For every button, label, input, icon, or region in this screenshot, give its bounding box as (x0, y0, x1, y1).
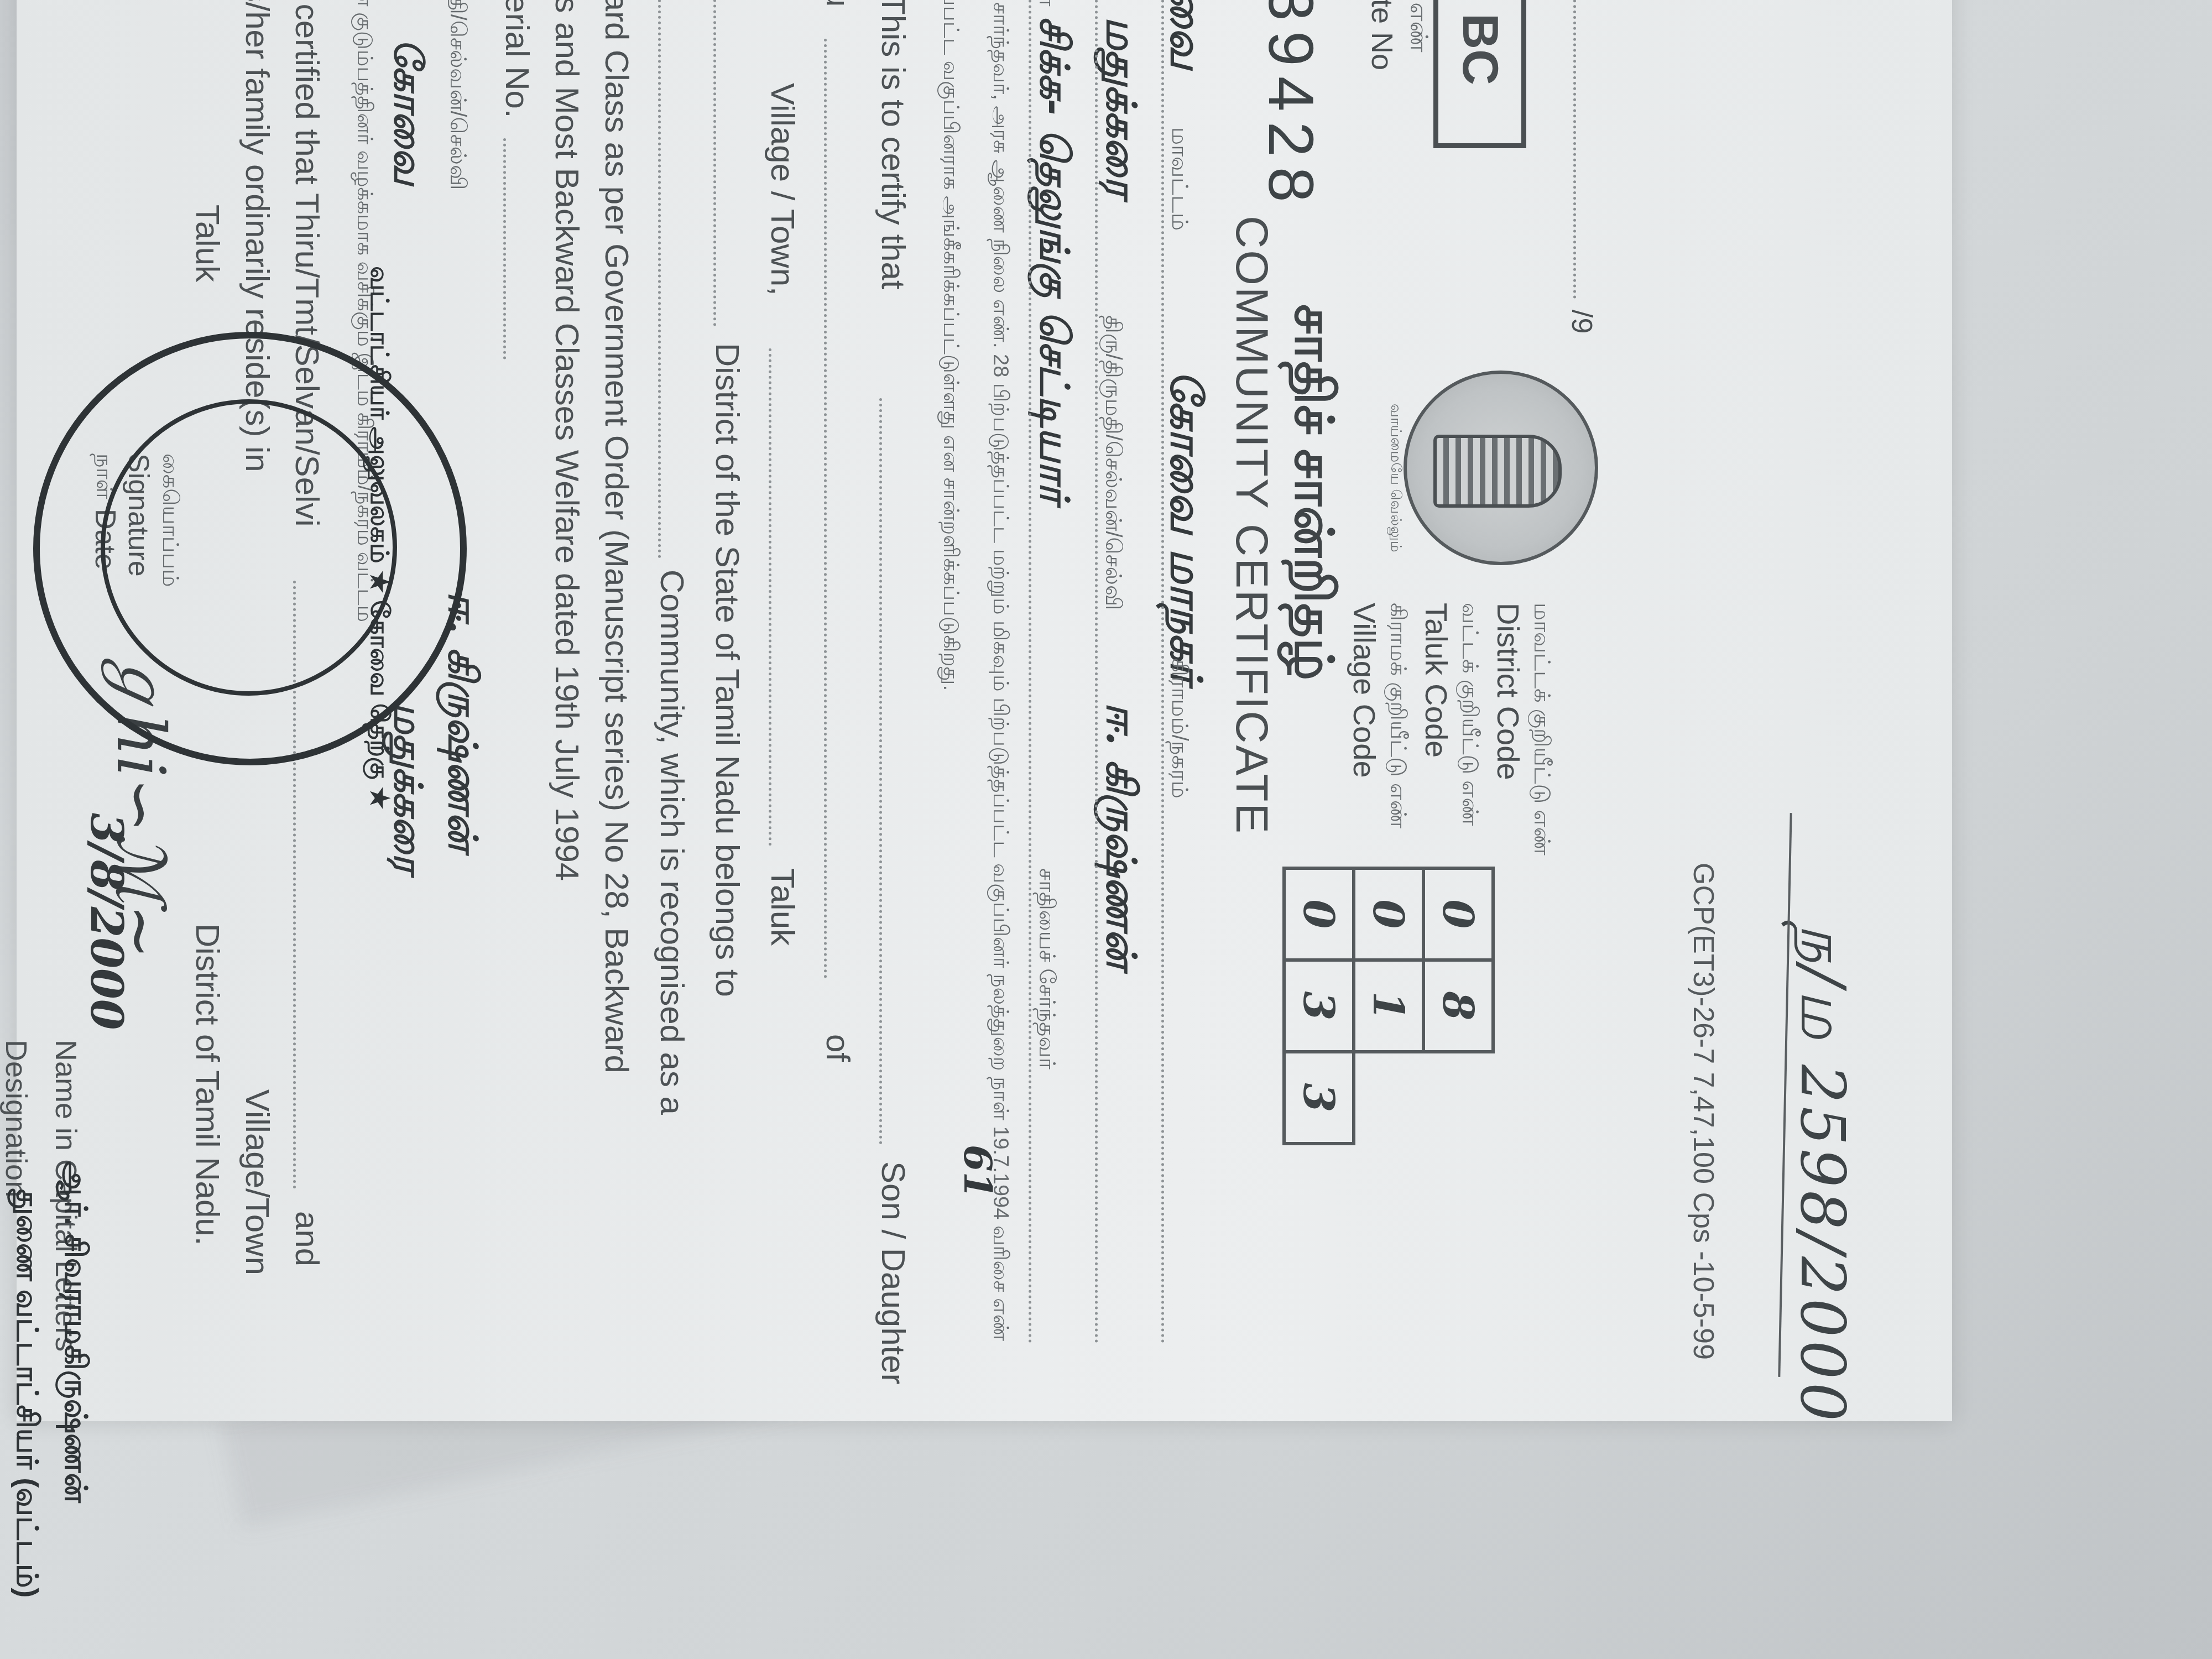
taluk-field (769, 348, 771, 846)
district-code-label: District Code (1490, 603, 1526, 780)
community-field (658, 0, 661, 559)
code-grid: 0 8 0 1 0 3 3 (1284, 868, 1493, 1144)
form-code: GCP(ET3)-26-7 7,47,100 Cps -10-5-99 (1687, 863, 1720, 1360)
village-code-digit: 0 (1282, 867, 1355, 962)
son-daughter-label: Son / Daughter (874, 1161, 912, 1385)
district-village-line (1161, 0, 1164, 1344)
caste-line (1029, 0, 1031, 1344)
certificate-no-label: Certificate No (1365, 0, 1399, 70)
taluk-code-label-tamil: வட்டக் குறியீட்டு எண் (1454, 603, 1482, 826)
certify-name-field (879, 398, 882, 1145)
district-code-digit: 0 (1422, 867, 1495, 962)
reference-field (1573, 0, 1576, 299)
of-thiru-label: of Thiru (819, 0, 857, 7)
village-code-digit: 3 (1282, 958, 1355, 1053)
caste-suffix-tamil: சாதியைச் சேர்ந்தவர் (1031, 868, 1059, 1070)
go-line-2: Classes and Most Backward Classes Welfar… (548, 0, 586, 881)
serial-value-tamil: 61 (955, 1145, 1001, 1198)
village-code-label-tamil: கிராமக் குறியீட்டு எண் (1383, 603, 1410, 828)
emblem-caption: வாய்மையே வெல்லும் (1386, 404, 1405, 552)
district-code-row: 0 8 (1423, 868, 1493, 1144)
village-label-tamil: கிராமம்/நகரம் (1164, 658, 1192, 799)
taluk-code-label: Taluk Code (1418, 603, 1454, 758)
officer-name: ஆர். சிவராமகிருஷ்ணன் (54, 1161, 94, 1503)
seal-inner-ring (101, 399, 397, 696)
date-value: 3/8/2000 (81, 813, 133, 1030)
go-text-tamil: வகுப்பைச் சார்ந்தவர், அரசு ஆணை நிலை எண்.… (985, 0, 1012, 1341)
serial-no-field (503, 138, 506, 359)
taluk-code-row: 0 1 (1354, 868, 1423, 1144)
para2-and: and (288, 1211, 326, 1266)
seal-text: வட்டாட்சியர் அலுவலகம் ★ கோவை தெற்கு ★ (361, 266, 395, 809)
person-line (1095, 0, 1098, 1344)
reference-year: /9 (1565, 310, 1598, 333)
district-label-tamil: மாவட்டம் (1164, 127, 1192, 231)
taluk-value-tamil: மதுக்கரை (1092, 17, 1145, 197)
taluk-code-digit: 0 (1352, 867, 1425, 962)
go-line-3: wide Serial No. (498, 0, 536, 118)
village-code-row: 0 3 3 (1284, 868, 1354, 1144)
son-label-tamil: மகன்/மகள் (1031, 0, 1059, 7)
person-name-tamil: ஈ. கிருஷ்ணன் (1092, 702, 1145, 969)
tamil-nadu-emblem-icon (1404, 371, 1598, 565)
designation-value: துணை வட்டாட்சியர் (வட்டம்) (6, 1189, 44, 1598)
page-title: COMMUNITY CERTIFICATE (1225, 216, 1277, 835)
certificate-no-label-tamil: சான்றிதழ் எண் (1401, 0, 1432, 53)
category-badge-text: BC (1452, 13, 1509, 85)
of-label: of (819, 1034, 857, 1062)
village-code-digit: 3 (1282, 1050, 1355, 1145)
district-code-label-tamil: மாவட்டக் குறியீட்டு எண் (1526, 603, 1554, 855)
community-line: Community, which is recognised as a (653, 570, 691, 1115)
person-prefix-tamil: திரு/திருமதி/செல்வன்/செல்வி (1098, 315, 1125, 611)
para2-district: District of Tamil Nadu. (189, 924, 227, 1245)
district-code-digit: 8 (1422, 958, 1495, 1053)
taluk-code-digit: 1 (1352, 958, 1425, 1053)
para2-taluk: Taluk (189, 205, 227, 282)
district-field (713, 0, 716, 326)
taluk-label: Taluk (764, 868, 802, 946)
handwritten-reference: ந/ம 2598/2000 (1779, 924, 1858, 1425)
category-badge: BC (1433, 0, 1526, 148)
village-town-label: Village / Town, (764, 83, 802, 296)
designation-label: Designation (0, 1040, 33, 1197)
certify-line: This is to certify that (874, 0, 912, 290)
para2-prefix-tamil: திரு/திருமதி/செல்வன்/செல்வி (442, 0, 470, 190)
caste-value: சிக்க- தெலுங்கு செட்டியார் (1026, 17, 1078, 503)
closing-tamil: பிற்படுத்தப்பட்ட வகுப்பினராக அங்கீகரிக்க… (936, 0, 962, 691)
title-tamil: சாதிச் சான்றிதழ் (1276, 304, 1344, 681)
para2-village-town: Village/Town (238, 1089, 276, 1275)
temple-tower-icon (1433, 435, 1562, 508)
village-code-label: Village Code (1347, 603, 1383, 778)
go-line-1: Backward Class as per Government Order (… (598, 0, 636, 1073)
father-name-field (824, 39, 827, 979)
para2-village-tamil: கோவை (380, 39, 431, 185)
office-seal-stamp: வட்டாட்சியர் அலுவலகம் ★ கோவை தெற்கு ★ (33, 332, 467, 765)
certificate-number: 3239428 (1254, 0, 1327, 212)
district-line: District of the State of Tamil Nadu belo… (708, 343, 747, 997)
